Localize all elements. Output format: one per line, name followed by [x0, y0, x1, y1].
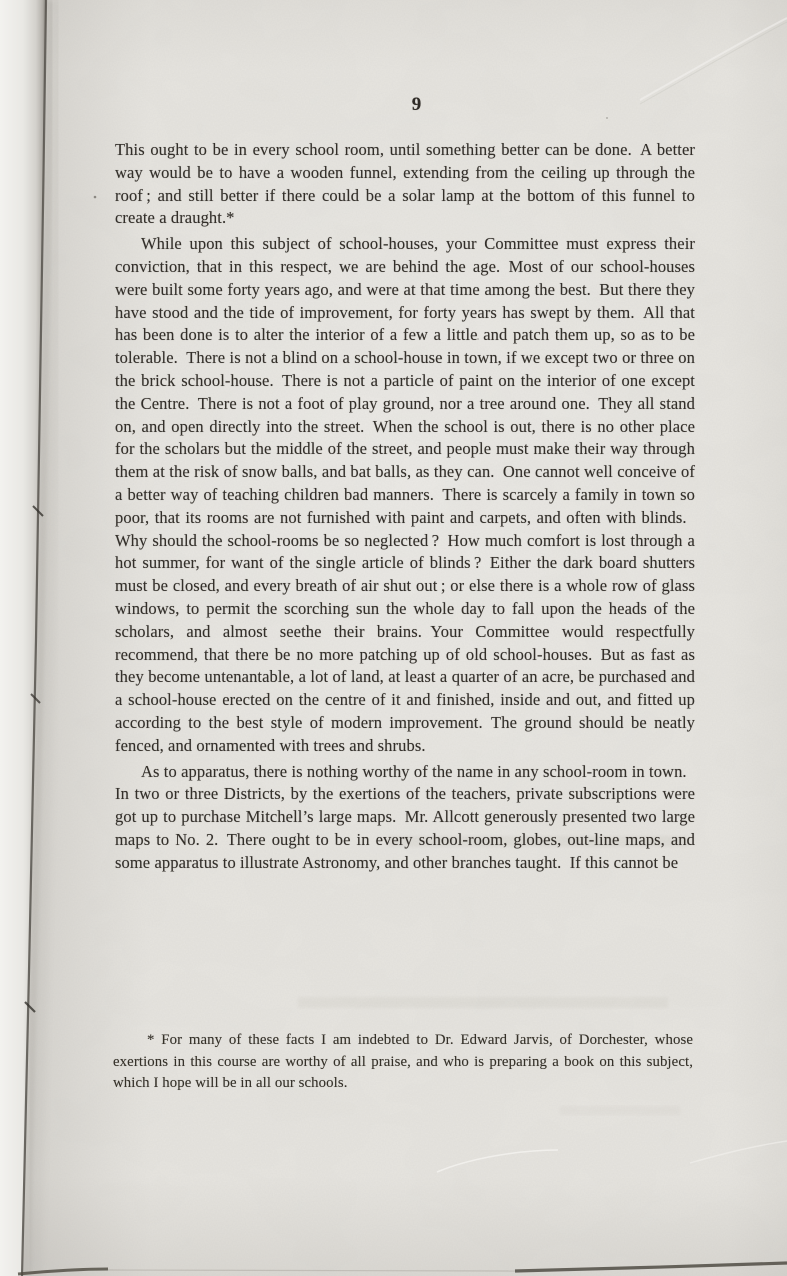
- page-bottom-edge: [18, 1269, 108, 1274]
- body-paragraph: While upon this subject of school-houses…: [115, 233, 695, 757]
- stitch-mark: [25, 1002, 35, 1012]
- body-paragraph: As to apparatus, there is nothing worthy…: [115, 761, 695, 875]
- stitch-mark: [31, 694, 40, 703]
- page-bottom-edge: [515, 1263, 787, 1271]
- binding-crease-line: [22, 0, 46, 1276]
- body-paragraph: This ought to be in every school room, u…: [115, 139, 695, 230]
- page-body: This ought to be in every school room, u…: [115, 139, 695, 875]
- stitch-mark: [33, 506, 43, 516]
- page-number: 9: [115, 94, 695, 116]
- footnote: * For many of these facts I am indebted …: [113, 1030, 693, 1095]
- scanned-book-page: 9 This ought to be in every school room,…: [0, 0, 787, 1276]
- gutter-shading: [0, 0, 46, 1276]
